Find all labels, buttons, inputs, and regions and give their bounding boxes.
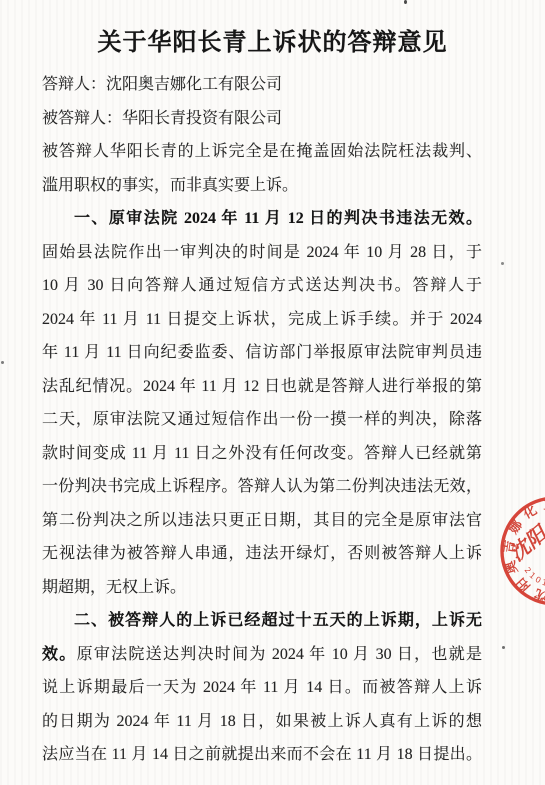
line-text-segment: 款时间变成 11 月 11 日之外没有任何改变。答辩人已经就第 [42,445,482,462]
line-text-segment: 期超期，无权上诉。 [42,579,186,596]
text-line: 年 11 月 11 日向纪委监委、信访部门举报原审法院审判员违 [42,336,482,370]
text-line: 二天，原审法院又通过短信作出一份一摸一样的判决，除落 [42,403,482,437]
scan-speck [502,646,505,649]
text-line: 第二份判决之所以违法只更正日期，其目的完全是原审法官 [42,504,482,538]
scan-speck [1,361,4,364]
text-line: 答辩人：沈阳奥吉娜化工有限公司 [42,68,482,102]
text-line: 效。原审法院送达判决时间为 2024 年 10 月 30 日，也就是 [42,638,482,672]
scan-speck [404,0,407,4]
text-line: 无视法律为被答辩人串通，违法开绿灯，否则被答辩人上诉 [42,537,482,571]
line-text-segment: 无视法律为被答辩人串通，违法开绿灯，否则被答辩人上诉 [42,545,482,562]
text-line: 滥用职权的事实，而非真实要上诉。 [42,169,482,203]
line-text-segment: 年 11 月 11 日向纪委监委、信访部门举报原审法院审判员违 [42,344,482,361]
text-line: 固始县法院作出一审判决的时间是 2024 年 10 月 28 日，于 [42,236,482,270]
text-line: 法应当在 11 月 14 日之前就提出来而不会在 11 月 18 日提出。 [42,738,482,772]
text-line: 被答辩人华阳长青的上诉完全是在掩盖固始法院枉法裁判、 [42,135,482,169]
text-line: 2024 年 11 月 11 日提交上诉状，完成上诉手续。并于 2024 [42,303,482,337]
company-seal-stamp: 沈阳奥吉娜化工有限公司 21010 沈阳 [495,488,545,616]
text-line: 款时间变成 11 月 11 日之外没有任何改变。答辩人已经就第 [42,437,482,471]
line-text-segment: 被答辩人：华阳长青投资有限公司 [42,110,282,127]
line-text-segment: 被答辩人华阳长青的上诉完全是在掩盖固始法院枉法裁判、 [42,143,482,160]
line-text-segment: 2024 年 11 月 11 日提交上诉状，完成上诉手续。并于 2024 [42,311,482,328]
text-line: 一、原审法院 2024 年 11 月 12 日的判决书违法无效。 [42,202,482,236]
line-text-segment: 一份判决书完成上诉程序。答辩人认为第二份判决违法无效， [42,478,482,495]
text-line: 期超期，无权上诉。 [42,571,482,605]
line-text-segment: 二天，原审法院又通过短信作出一份一摸一样的判决，除落 [42,411,482,428]
line-text-segment: 法应当在 11 月 14 日之前就提出来而不会在 11 月 18 日提出。 [42,746,482,763]
line-bold-segment: 一、原审法院 2024 年 11 月 12 日的判决书违法无效。 [74,210,482,227]
text-line: 二、被答辩人的上诉已经超过十五天的上诉期，上诉无 [42,604,482,638]
line-text-segment: 第二份判决之所以违法只更正日期，其目的完全是原审法官 [42,512,482,529]
line-bold-segment: 二、被答辩人的上诉已经超过十五天的上诉期，上诉无 [74,612,482,629]
line-text-segment: 10 月 30 日向答辩人通过短信方式送达判决书。答辩人于 [42,277,482,294]
text-line: 一份判决书完成上诉程序。答辩人认为第二份判决违法无效， [42,470,482,504]
line-text-segment: 答辩人：沈阳奥吉娜化工有限公司 [42,76,282,93]
line-text-segment: 固始县法院作出一审判决的时间是 2024 年 10 月 28 日，于 [42,244,482,261]
text-line: 被答辩人：华阳长青投资有限公司 [42,102,482,136]
document-body: 答辩人：沈阳奥吉娜化工有限公司被答辩人：华阳长青投资有限公司被答辩人华阳长青的上… [42,68,482,772]
document-title: 关于华阳长青上诉状的答辩意见 [42,26,503,60]
line-text-segment: 的日期为 2024 年 11 月 18 日，如果被上诉人真有上诉的想 [42,713,482,730]
text-line: 的日期为 2024 年 11 月 18 日，如果被上诉人真有上诉的想 [42,705,482,739]
line-text-segment: 滥用职权的事实，而非真实要上诉。 [42,177,298,194]
line-text-segment: 原审法院送达判决时间为 2024 年 10 月 30 日，也就是 [77,646,482,663]
document-page: 关于华阳长青上诉状的答辩意见 答辩人：沈阳奥吉娜化工有限公司被答辩人：华阳长青投… [0,0,545,785]
line-bold-segment: 效。 [42,646,77,663]
text-line: 10 月 30 日向答辩人通过短信方式送达判决书。答辩人于 [42,269,482,303]
line-text-segment: 说上诉期最后一天为 2024 年 11 月 14 日。而被答辩人上诉 [42,679,482,696]
line-text-segment: 法乱纪情况。2024 年 11 月 12 日也就是答辩人进行举报的第 [42,378,482,395]
scan-speck [501,262,504,265]
text-line: 说上诉期最后一天为 2024 年 11 月 14 日。而被答辩人上诉 [42,671,482,705]
text-line: 法乱纪情况。2024 年 11 月 12 日也就是答辩人进行举报的第 [42,370,482,404]
